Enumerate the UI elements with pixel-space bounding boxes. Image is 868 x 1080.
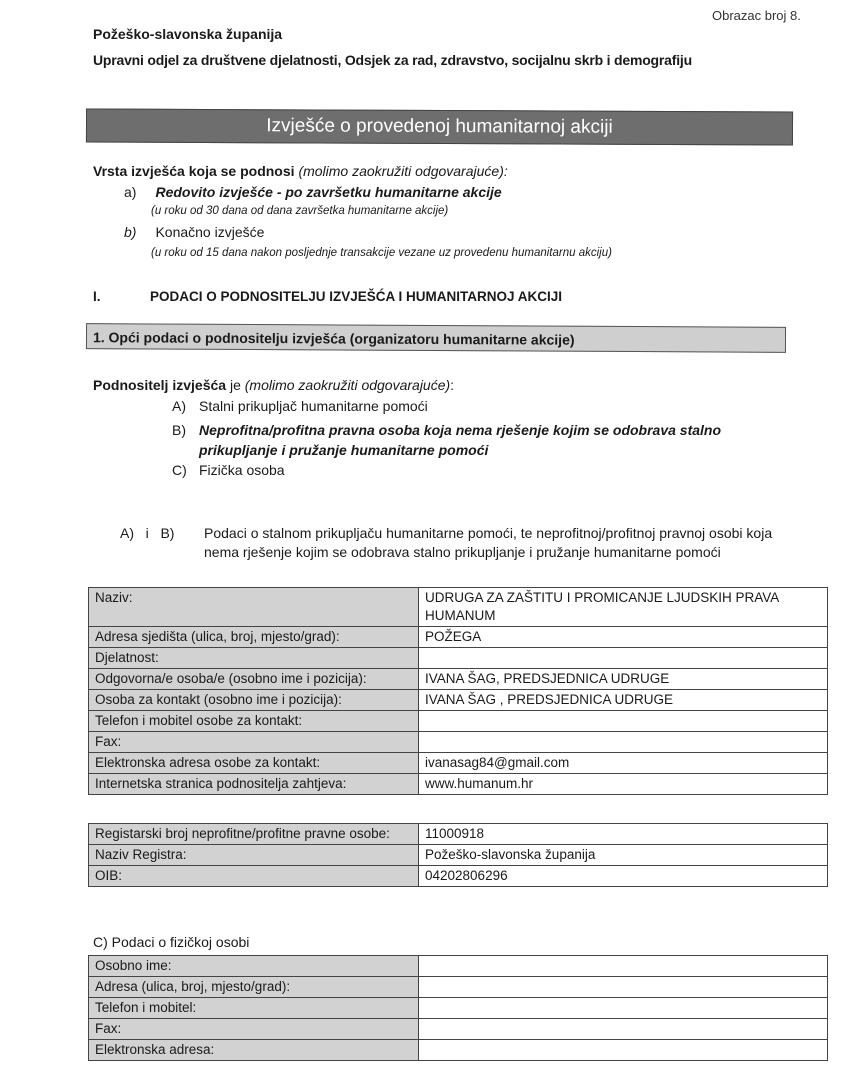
- option-note: (u roku od 30 dana od dana završetka hum…: [151, 205, 448, 217]
- natural-person-heading: C) Podaci o fizičkoj osobi: [93, 934, 249, 950]
- field-label: Telefon i mobitel:: [89, 998, 419, 1019]
- table-row: Osobno ime:: [89, 956, 828, 977]
- field-label: Registarski broj neprofitne/profitne pra…: [89, 824, 419, 845]
- field-value[interactable]: POŽEGA: [419, 627, 828, 648]
- field-label: Osobno ime:: [89, 956, 419, 977]
- submitter-option-a[interactable]: A)Stalni prikupljač humanitarne pomoći: [172, 398, 428, 414]
- field-label: Elektronska adresa:: [89, 1040, 419, 1061]
- table-row: Adresa sjedišta (ulica, broj, mjesto/gra…: [89, 627, 828, 648]
- option-marker: C): [172, 462, 199, 478]
- field-value[interactable]: [419, 648, 828, 669]
- natural-person-table: Osobno ime:Adresa (ulica, broj, mjesto/g…: [88, 955, 828, 1061]
- field-value[interactable]: 04202806296: [419, 866, 828, 887]
- option-text: Stalni prikupljač humanitarne pomoći: [199, 398, 428, 414]
- field-value[interactable]: [419, 732, 828, 753]
- field-label: Telefon i mobitel osobe za kontakt:: [89, 711, 419, 732]
- table-row: Telefon i mobitel osobe za kontakt:: [89, 711, 828, 732]
- ab-description: Podaci o stalnom prikupljaču humanitarne…: [204, 524, 804, 562]
- report-option-b[interactable]: b) Konačno izvješće: [124, 224, 264, 242]
- option-marker: b): [124, 224, 151, 240]
- option-marker: A): [172, 398, 199, 414]
- option-text: Redovito izvješće - po završetku humanit…: [155, 184, 501, 200]
- submitter-instruction: (molimo zaokružiti odgovarajuće): [245, 377, 450, 393]
- field-value[interactable]: [419, 956, 828, 977]
- document-title: Izvješće o provedenoj humanitarnoj akcij…: [86, 108, 793, 145]
- field-label: Naziv Registra:: [89, 845, 419, 866]
- field-label: Internetska stranica podnositelja zahtje…: [89, 774, 419, 795]
- field-label: Djelatnost:: [89, 648, 419, 669]
- field-label: Osoba za kontakt (osobno ime i pozicija)…: [89, 690, 419, 711]
- field-value[interactable]: Požeško-slavonska županija: [419, 845, 828, 866]
- table-row: Naziv Registra:Požeško-slavonska županij…: [89, 845, 828, 866]
- table-row: Odgovorna/e osoba/e (osobno ime i pozici…: [89, 669, 828, 690]
- field-value[interactable]: ivanasag84@gmail.com: [419, 753, 828, 774]
- field-value[interactable]: www.humanum.hr: [419, 774, 828, 795]
- table-row: Registarski broj neprofitne/profitne pra…: [89, 824, 828, 845]
- table-row: Osoba za kontakt (osobno ime i pozicija)…: [89, 690, 828, 711]
- field-value[interactable]: [419, 1040, 828, 1061]
- field-label: Fax:: [89, 732, 419, 753]
- table-row: Fax:: [89, 732, 828, 753]
- field-label: Odgovorna/e osoba/e (osobno ime i pozici…: [89, 669, 419, 690]
- report-option-a[interactable]: a) Redovito izvješće - po završetku huma…: [124, 184, 502, 202]
- option-text: Konačno izvješće: [155, 224, 264, 240]
- option-text: Neprofitna/profitna pravna osoba koja ne…: [199, 420, 772, 460]
- table-row: Elektronska adresa osobe za kontakt:ivan…: [89, 753, 828, 774]
- table-row: OIB:04202806296: [89, 866, 828, 887]
- table-row: Fax:: [89, 1019, 828, 1040]
- table-row: Internetska stranica podnositelja zahtje…: [89, 774, 828, 795]
- section-heading: I.PODACI O PODNOSITELJU IZVJEŠĆA I HUMAN…: [93, 289, 562, 304]
- submitter-option-b[interactable]: B) Neprofitna/profitna pravna osoba koja…: [172, 420, 772, 460]
- field-label: Fax:: [89, 1019, 419, 1040]
- ab-marker: A) i B): [120, 524, 200, 543]
- field-value[interactable]: IVANA ŠAG, PREDSJEDNICA UDRUGE: [419, 669, 828, 690]
- field-value[interactable]: [419, 1019, 828, 1040]
- option-marker: B): [172, 420, 186, 440]
- submitter-label-mid: je: [226, 377, 245, 393]
- table-row: Telefon i mobitel:: [89, 998, 828, 1019]
- option-text: Fizička osoba: [199, 462, 285, 478]
- field-label: Adresa (ulica, broj, mjesto/grad):: [89, 977, 419, 998]
- table-row: Adresa (ulica, broj, mjesto/grad):: [89, 977, 828, 998]
- field-value[interactable]: [419, 711, 828, 732]
- section-number: I.: [93, 289, 150, 304]
- report-type-section: Vrsta izvješća koja se podnosi (molimo z…: [93, 163, 508, 179]
- organization-data-table: Naziv:UDRUGA ZA ZAŠTITU I PROMICANJE LJU…: [88, 587, 828, 795]
- field-value[interactable]: IVANA ŠAG , PREDSJEDNICA UDRUGE: [419, 690, 828, 711]
- field-label: OIB:: [89, 866, 419, 887]
- submitter-label-end: :: [450, 377, 454, 393]
- table-row: Elektronska adresa:: [89, 1040, 828, 1061]
- option-note: (u roku od 15 dana nakon posljednje tran…: [151, 247, 612, 259]
- field-label: Elektronska adresa osobe za kontakt:: [89, 753, 419, 774]
- submitter-option-c[interactable]: C)Fizička osoba: [172, 462, 285, 478]
- submitter-section: Podnositelj izvješća je (molimo zaokruži…: [93, 377, 454, 393]
- field-value[interactable]: [419, 977, 828, 998]
- option-marker: a): [124, 184, 151, 200]
- report-type-label: Vrsta izvješća koja se podnosi: [93, 163, 295, 179]
- field-value[interactable]: UDRUGA ZA ZAŠTITU I PROMICANJE LJUDSKIH …: [419, 588, 828, 627]
- department-name: Upravni odjel za društvene djelatnosti, …: [93, 52, 692, 68]
- table-row: Djelatnost:: [89, 648, 828, 669]
- registry-data-table: Registarski broj neprofitne/profitne pra…: [88, 823, 828, 887]
- field-value[interactable]: [419, 998, 828, 1019]
- field-value[interactable]: 11000918: [419, 824, 828, 845]
- submitter-label: Podnositelj izvješća: [93, 377, 226, 393]
- section-title: PODACI O PODNOSITELJU IZVJEŠĆA I HUMANIT…: [150, 289, 562, 304]
- county-name: Požeško-slavonska županija: [93, 26, 282, 42]
- table-row: Naziv:UDRUGA ZA ZAŠTITU I PROMICANJE LJU…: [89, 588, 828, 627]
- field-label: Adresa sjedišta (ulica, broj, mjesto/gra…: [89, 627, 419, 648]
- report-type-instruction: (molimo zaokružiti odgovarajuće):: [298, 163, 507, 179]
- subsection-heading: 1. Opći podaci o podnositelju izvješća (…: [86, 323, 786, 353]
- field-label: Naziv:: [89, 588, 419, 627]
- form-number: Obrazac broj 8.: [712, 8, 801, 23]
